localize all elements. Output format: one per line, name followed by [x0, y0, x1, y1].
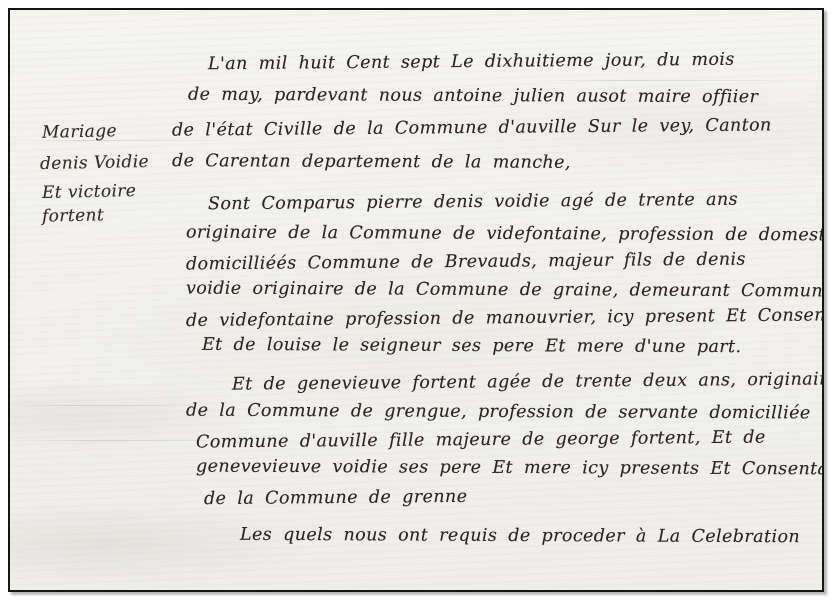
handwritten-line: de may, pardevant nous antoine julien au… — [188, 85, 758, 107]
paper-streak — [10, 405, 210, 406]
margin-note-line: fortent — [42, 205, 105, 226]
handwritten-line: Et de louise le seigneur ses pere Et mer… — [202, 335, 742, 357]
scanned-document: Mariage denis Voidie Et victoire fortent… — [8, 8, 824, 592]
handwritten-line: de videfontaine profession de manouvrier… — [186, 305, 824, 331]
page: Mariage denis Voidie Et victoire fortent… — [0, 0, 835, 604]
handwritten-line: Sont Comparus pierre denis voidie agé de… — [208, 190, 738, 215]
handwritten-line: de l'état Civille de la Commune d'auvill… — [172, 115, 772, 140]
margin-note-line: denis Voidie — [40, 152, 149, 174]
handwritten-line: de Carentan departement de la manche, — [172, 151, 571, 173]
handwritten-line: Et de genevieuve fortent agée de trente … — [232, 369, 824, 394]
handwritten-line: voidie originaire de la Commune de grain… — [186, 279, 824, 302]
handwritten-line: L'an mil huit Cent sept Le dixhuitieme j… — [208, 50, 735, 75]
handwritten-line: Les quels nous ont requis de proceder à … — [240, 525, 800, 547]
handwritten-line: genevevieuve voidie ses pere Et mere icy… — [196, 457, 824, 480]
handwritten-line: domicilliéés Commune de Brevauds, majeur… — [186, 250, 746, 275]
margin-note-line: Mariage — [42, 121, 117, 143]
handwritten-line: de la Commune de grenne — [204, 487, 468, 509]
margin-note-line: Et victoire — [42, 181, 137, 203]
handwritten-line: originaire de la Commune de videfontaine… — [186, 223, 824, 246]
paper-streak — [530, 80, 820, 81]
handwritten-line: de la Commune de grengue, profession de … — [186, 401, 811, 424]
handwritten-line: Commune d'auville fille majeure de georg… — [196, 428, 766, 453]
